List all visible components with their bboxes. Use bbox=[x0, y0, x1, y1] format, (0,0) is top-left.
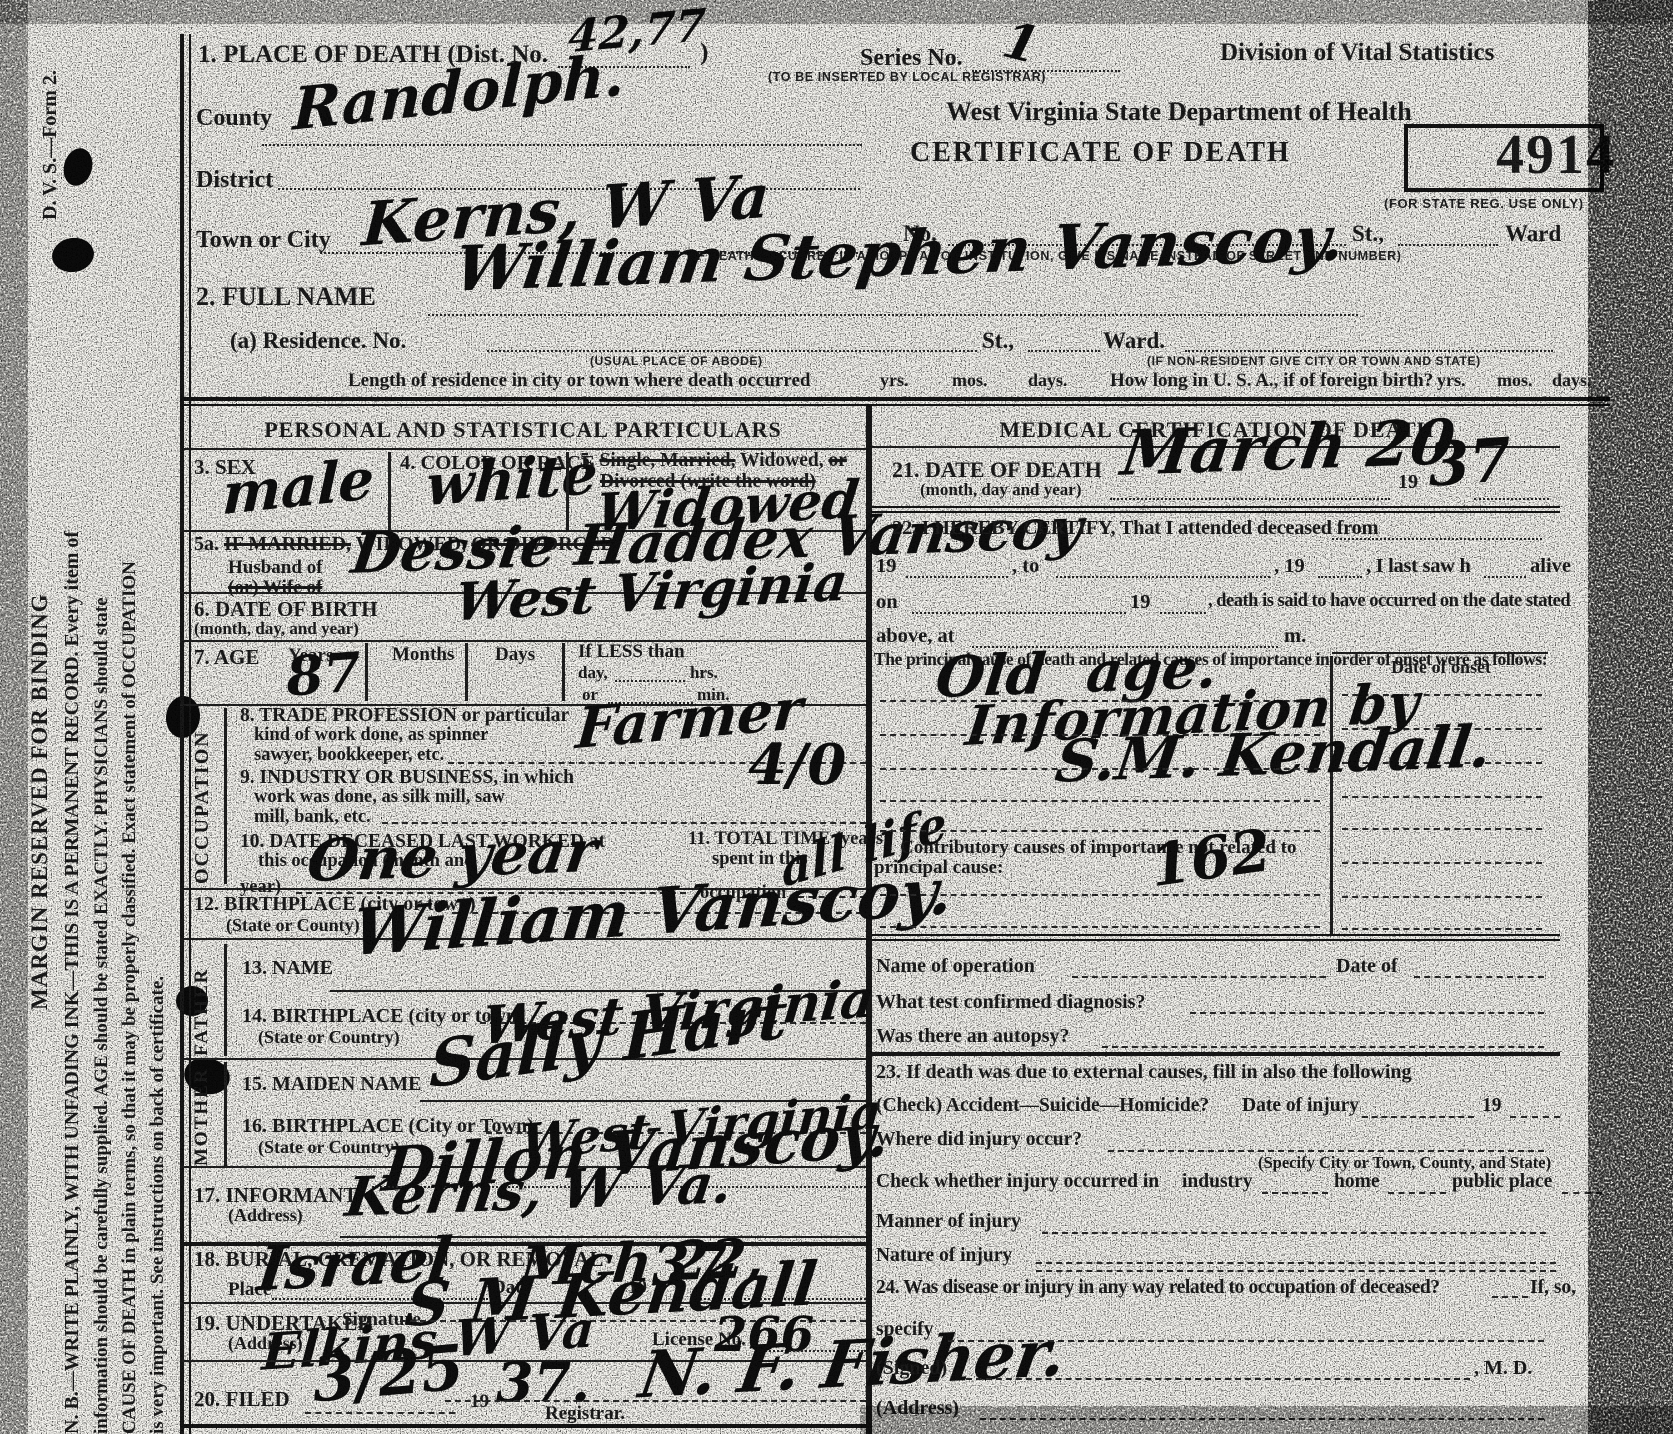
bottom-border bbox=[180, 1424, 872, 1428]
mother-group-label: MOTHER bbox=[192, 1058, 212, 1166]
registrar-label: Registrar. bbox=[545, 1404, 625, 1424]
fullname-label: 2. FULL NAME bbox=[196, 283, 376, 310]
onset-line bbox=[1342, 862, 1542, 864]
operation-date-label: Date of bbox=[1336, 956, 1398, 977]
fill bbox=[1510, 1116, 1560, 1118]
ward-label: Ward bbox=[1505, 222, 1561, 246]
certify-line1: 22. I HEREBY CERTIFY, That I attended de… bbox=[892, 518, 1378, 540]
age-label: 7. AGE bbox=[194, 646, 259, 668]
dod-year-pre: 19 bbox=[1398, 472, 1418, 493]
margin-binding-note: MARGIN RESERVED FOR BINDING bbox=[28, 365, 52, 1010]
rule-heavy bbox=[872, 1052, 1560, 1056]
husband-of-label: Husband of bbox=[228, 558, 323, 578]
fill bbox=[980, 1418, 1544, 1420]
abode-note: (USUAL PLACE OF ABODE) bbox=[590, 354, 763, 368]
fill bbox=[1262, 1192, 1328, 1194]
age-days-label: Days bbox=[495, 645, 535, 665]
certify-stated: , death is said to have occurred on the … bbox=[1208, 592, 1570, 611]
residence-st-label: St., bbox=[982, 329, 1014, 353]
manner-injury-label: Manner of injury bbox=[876, 1212, 1021, 1232]
occupation-related-label: 24. Was disease or injury in any way rel… bbox=[876, 1278, 1440, 1298]
town-label: Town or City bbox=[196, 228, 331, 253]
rule bbox=[180, 640, 866, 642]
operation-label: Name of operation bbox=[876, 956, 1035, 977]
form-left-border bbox=[180, 34, 184, 1434]
usa-length-label: How long in U. S. A., if of foreign birt… bbox=[1110, 371, 1433, 391]
certify-line1-fill bbox=[1332, 538, 1542, 540]
spouse-struck-if-married: IF MARRIED, bbox=[224, 533, 351, 555]
onset-line bbox=[1342, 796, 1542, 798]
fill bbox=[1072, 976, 1326, 978]
informant-label: 17. INFORMANT bbox=[194, 1184, 357, 1206]
cell-divider bbox=[388, 452, 391, 530]
registrar-line bbox=[445, 1400, 866, 1402]
marital-struck-or: or bbox=[828, 450, 846, 471]
onset-line bbox=[1342, 928, 1542, 930]
father-name-label: 13. NAME bbox=[242, 958, 333, 979]
fill bbox=[912, 612, 1126, 614]
state-reg-note: (FOR STATE REG. USE ONLY) bbox=[1384, 196, 1584, 211]
length-residence-label: Length of residence in city or town wher… bbox=[348, 371, 810, 391]
fill bbox=[1042, 1232, 1546, 1234]
marital-label-line1: 5. Single, Married, Widowed, or bbox=[580, 451, 847, 471]
fullname-line bbox=[428, 314, 1358, 316]
mos-label: mos. bbox=[952, 371, 988, 390]
fill bbox=[1388, 1192, 1446, 1194]
residence-ward-label: Ward. bbox=[1103, 329, 1165, 353]
date-of-injury-label: Date of injury bbox=[1242, 1096, 1359, 1116]
hrs-label: hrs. bbox=[690, 664, 718, 682]
county-line bbox=[262, 144, 862, 146]
onset-line bbox=[1342, 828, 1542, 830]
cell-divider bbox=[365, 643, 368, 701]
filed-label: 20. FILED bbox=[194, 1388, 290, 1410]
yrs-label: yrs. bbox=[1437, 371, 1466, 390]
district-label: District bbox=[196, 168, 273, 193]
informant-address-value: Kerns, W Va. bbox=[343, 1159, 736, 1221]
certify-y2: , 19 bbox=[1274, 556, 1305, 578]
onset-line bbox=[1342, 896, 1542, 898]
certify-to: , to bbox=[1012, 556, 1039, 578]
fill bbox=[1160, 612, 1206, 614]
dod-year-line bbox=[1474, 498, 1549, 500]
fill bbox=[966, 1378, 1470, 1380]
occupation-bracket bbox=[224, 708, 227, 884]
fill bbox=[1362, 1116, 1474, 1118]
filed-date-line bbox=[305, 1412, 455, 1414]
nature-injury-label: Nature of injury bbox=[876, 1246, 1012, 1266]
days-label: days. bbox=[1552, 371, 1592, 390]
ink-blob bbox=[49, 235, 96, 276]
public-place-option: public place bbox=[1452, 1172, 1552, 1192]
autopsy-label: Was there an autopsy? bbox=[876, 1026, 1070, 1047]
dob-sublabel: (month, day, and year) bbox=[194, 620, 359, 638]
dob-value: West Virginia bbox=[452, 560, 850, 628]
father-group-label: FATHER bbox=[192, 944, 212, 1056]
fill bbox=[1318, 576, 1362, 578]
injury-year-pre: 19 bbox=[1482, 1096, 1502, 1116]
days-label: days. bbox=[1028, 371, 1068, 390]
specify-city-note: (Specify City or Town, County, and State… bbox=[1258, 1154, 1551, 1171]
series-value: 1 bbox=[999, 16, 1044, 68]
industry-option: industry bbox=[1182, 1172, 1252, 1192]
fill bbox=[1108, 1150, 1544, 1152]
personal-section-title: PERSONAL AND STATISTICAL PARTICULARS bbox=[180, 418, 866, 441]
date-of-death-sublabel: (month, day and year) bbox=[920, 481, 1082, 499]
county-label: County bbox=[196, 106, 272, 131]
marital-num: 5. bbox=[580, 450, 595, 471]
cause-of-death-line3: S.M. Kendall. bbox=[1052, 720, 1494, 788]
fill bbox=[1484, 576, 1526, 578]
contributory-label-l2: principal cause: bbox=[874, 858, 1003, 878]
marital-widowed: Widowed, bbox=[740, 450, 824, 471]
margin-note-line3: CAUSE OF DEATH in plain terms, so that i… bbox=[120, 62, 140, 1434]
filed-date-value: 3/25 bbox=[310, 1339, 466, 1408]
mother-birthplace-label-l2: (State or Country) bbox=[258, 1138, 400, 1157]
check-accident-label: (Check) Accident—Suicide—Homicide? bbox=[876, 1096, 1209, 1116]
mother-bracket bbox=[224, 1062, 227, 1168]
address-label: (Address) bbox=[876, 1398, 959, 1419]
hrs-line bbox=[615, 680, 685, 682]
fill bbox=[906, 576, 1008, 578]
certify-alive: alive bbox=[1530, 556, 1571, 578]
fill bbox=[1102, 1046, 1544, 1048]
st-line bbox=[1398, 244, 1498, 246]
st-label: St., bbox=[1352, 222, 1384, 246]
margin-form-number: D. V. S.—Form 2. bbox=[40, 55, 61, 220]
department-title: West Virginia State Department of Health bbox=[946, 98, 1412, 125]
fill bbox=[1492, 1296, 1528, 1298]
fill bbox=[948, 1340, 1544, 1342]
death-certificate-scan: D. V. S.—Form 2. MARGIN RESERVED FOR BIN… bbox=[0, 0, 1673, 1434]
if-less-label: If LESS than bbox=[578, 642, 685, 662]
certificate-title: CERTIFICATE OF DEATH bbox=[910, 138, 1291, 167]
certify-saw: , I last saw h bbox=[1366, 556, 1471, 578]
md-label: , M. D. bbox=[1474, 1358, 1532, 1379]
last-worked-value: One year bbox=[304, 825, 600, 888]
trade-label-l3: sawyer, bookkeeper, etc. bbox=[254, 746, 444, 765]
date-of-death-label: 21. DATE OF DEATH bbox=[892, 458, 1102, 481]
nonresident-note: (IF NON-RESIDENT GIVE CITY OR TOWN AND S… bbox=[1147, 354, 1481, 368]
fill bbox=[1414, 976, 1544, 978]
cell-divider bbox=[465, 643, 468, 701]
check-whether-label: Check whether injury occurred in bbox=[876, 1172, 1159, 1192]
certify-y1: 19 bbox=[876, 556, 897, 578]
rule-double bbox=[872, 934, 1560, 941]
dod-year-value: 37 bbox=[1426, 433, 1513, 493]
age-months-label: Months bbox=[392, 645, 454, 665]
home-option: home bbox=[1334, 1172, 1380, 1192]
fill bbox=[1562, 1192, 1602, 1194]
industry-label-l1: 9. INDUSTRY OR BUSINESS, in which bbox=[240, 768, 574, 788]
margin-note-line2: information should be carefully supplied… bbox=[92, 62, 112, 1434]
external-causes-label: 23. If death was due to external causes,… bbox=[876, 1062, 1412, 1083]
cell-divider bbox=[562, 643, 565, 701]
registrar-signature: N. F. Fisher. bbox=[636, 1325, 1070, 1405]
signed-label: (Signed) bbox=[876, 1358, 947, 1379]
certify-y3: 19 bbox=[1130, 592, 1151, 614]
certify-m: m. bbox=[1284, 626, 1306, 648]
father-birthplace-label-l2: (State or Country) bbox=[258, 1028, 400, 1047]
informant-address-label: (Address) bbox=[228, 1206, 303, 1225]
test-label: What test confirmed diagnosis? bbox=[876, 992, 1145, 1013]
trade-label-l2: kind of work done, as spinner bbox=[254, 726, 488, 745]
marital-struck-single-married: Single, Married, bbox=[600, 450, 736, 471]
residence-line bbox=[487, 350, 977, 352]
residence-ward-line bbox=[1185, 350, 1553, 352]
cause-line bbox=[880, 894, 1320, 896]
wife-of-label: (or) Wife of bbox=[228, 578, 322, 598]
date-of-death-line bbox=[1110, 498, 1390, 500]
occupation-group-label: OCCUPATION bbox=[192, 706, 213, 884]
division-title: Division of Vital Statistics bbox=[1220, 40, 1494, 66]
rule-double bbox=[872, 506, 1560, 513]
age-value: 87 bbox=[284, 647, 362, 701]
day-label: day, bbox=[578, 664, 608, 682]
fill bbox=[1036, 1262, 1556, 1264]
certificate-number: 4914 bbox=[1496, 126, 1616, 185]
if-so-label: If, so, bbox=[1530, 1278, 1576, 1298]
cause-line bbox=[880, 926, 1320, 928]
race-value: white bbox=[424, 449, 599, 512]
maiden-name-value: Sally Hart bbox=[429, 986, 789, 1095]
cause-line bbox=[880, 768, 1320, 770]
birthplace-label-l2: (State or County) bbox=[226, 916, 360, 935]
close-paren: ) bbox=[700, 40, 708, 66]
cause-line bbox=[880, 800, 1320, 802]
trade-label-l1: 8. TRADE PROFESSION or particular bbox=[240, 706, 569, 726]
margin-note-line4: is very important. See instructions on b… bbox=[148, 284, 168, 1434]
specify-label: specify bbox=[876, 1320, 933, 1340]
residence-label: (a) Residence. No. bbox=[230, 329, 406, 353]
spouse-num: 5a. bbox=[194, 533, 219, 555]
onset-column-top bbox=[1332, 652, 1548, 654]
yrs-label: yrs. bbox=[880, 371, 909, 390]
residence-st-line bbox=[1028, 350, 1100, 352]
series-label: Series No. bbox=[860, 46, 963, 71]
local-registrar-note: (TO BE INSERTED BY LOCAL REGISTRAR) bbox=[768, 70, 1046, 84]
sex-value: male bbox=[222, 454, 375, 521]
fill bbox=[1056, 576, 1270, 578]
header-divider bbox=[180, 397, 1610, 406]
fill bbox=[1190, 1012, 1544, 1014]
certify-on: on bbox=[876, 592, 898, 614]
dob-label: 6. DATE OF BIRTH bbox=[194, 598, 378, 620]
industry-value: 4/0 bbox=[748, 740, 846, 790]
father-bracket bbox=[224, 944, 227, 1056]
fill bbox=[1036, 1270, 1556, 1272]
where-injury-label: Where did injury occur? bbox=[876, 1130, 1082, 1150]
maiden-name-label: 15. MAIDEN NAME bbox=[242, 1074, 421, 1095]
contributory-value: 162 bbox=[1147, 824, 1274, 893]
mos-label: mos. bbox=[1497, 371, 1533, 390]
industry-label-l2: work was done, as silk mill, saw bbox=[254, 788, 505, 807]
